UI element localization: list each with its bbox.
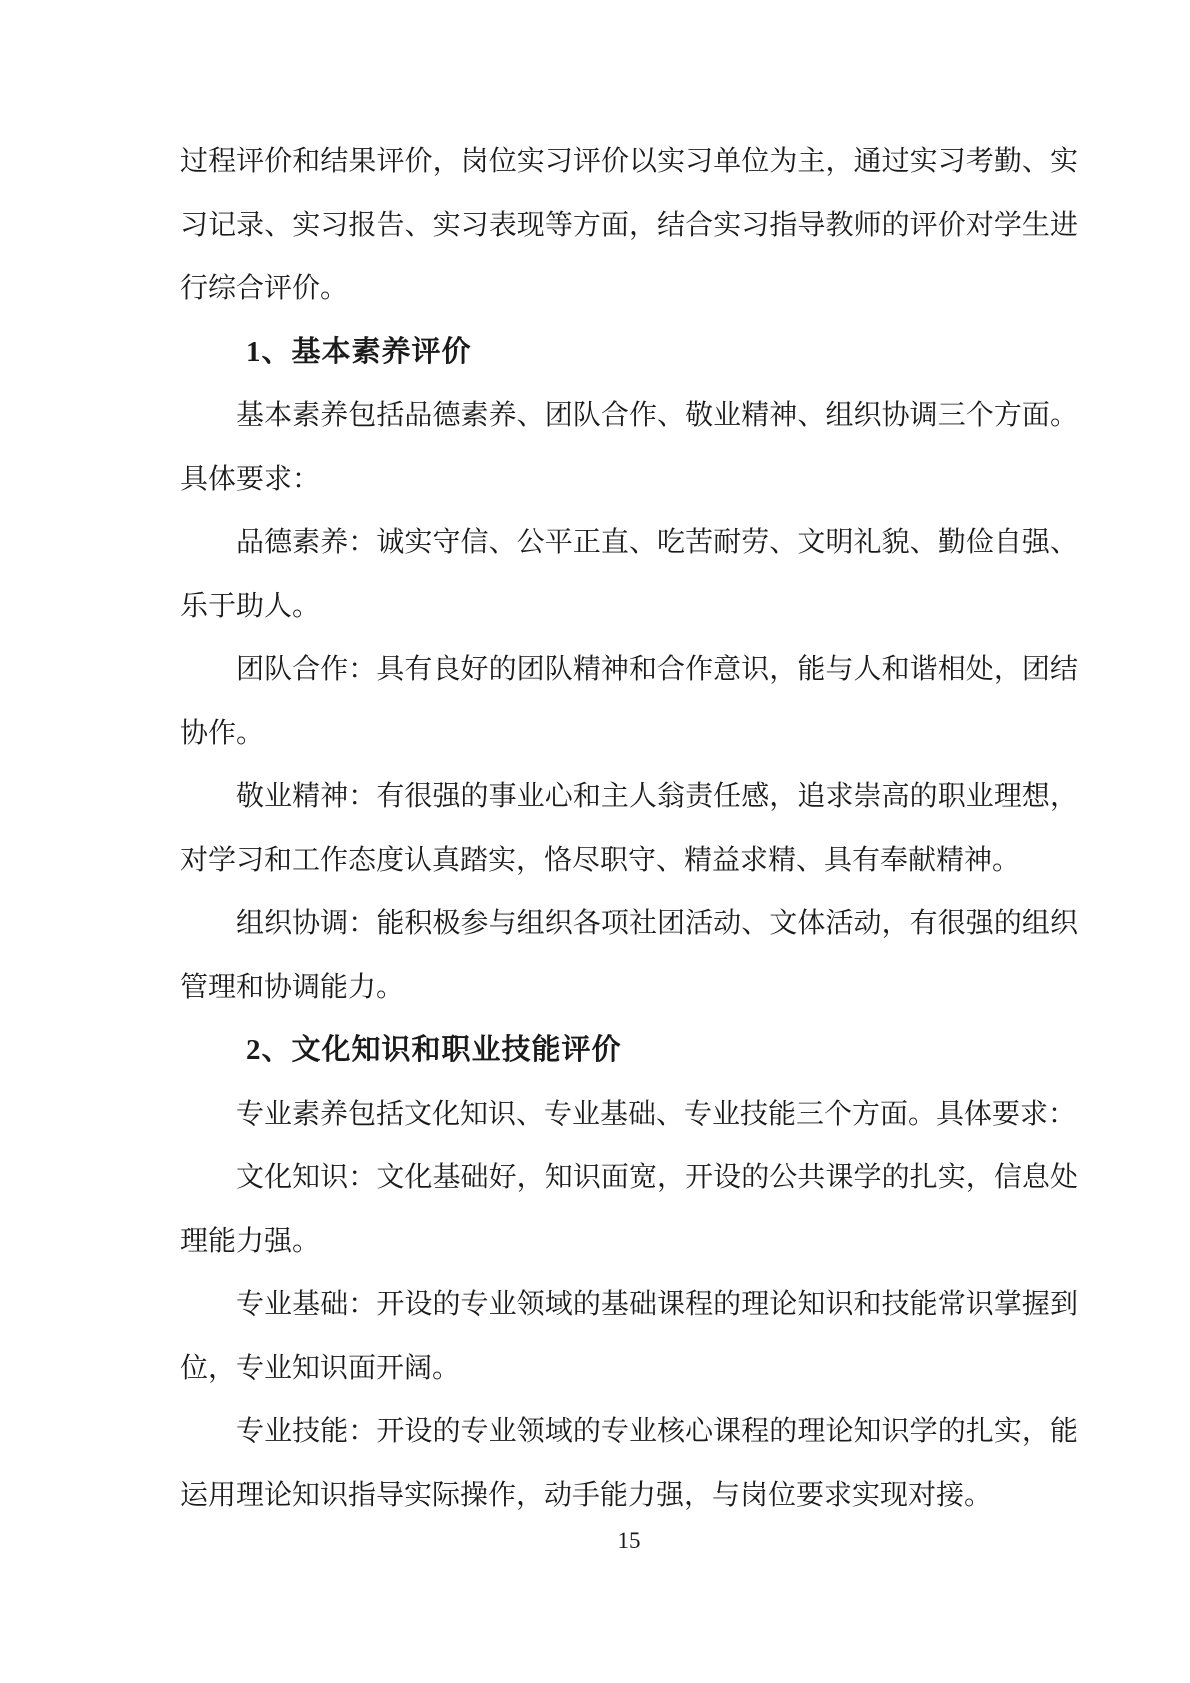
paragraph-professional-skill: 专业技能：开设的专业领域的专业核心课程的理论知识学的扎实，能运用理论知识指导实际…: [180, 1400, 1078, 1527]
heading-knowledge-skill-evaluation: 2、文化知识和职业技能评价: [180, 1019, 1078, 1083]
paragraph-professional-quality-overview: 专业素养包括文化知识、专业基础、专业技能三个方面。具体要求：: [180, 1083, 1078, 1147]
paragraph-organization-coordination: 组织协调：能积极参与组织各项社团活动、文体活动，有很强的组织管理和协调能力。: [180, 892, 1078, 1019]
paragraph-professional-dedication: 敬业精神：有很强的事业心和主人翁责任感，追求崇高的职业理想，对学习和工作态度认真…: [180, 765, 1078, 892]
paragraph-basic-quality-overview: 基本素养包括品德素养、团队合作、敬业精神、组织协调三个方面。具体要求：: [180, 384, 1078, 511]
paragraph-teamwork: 团队合作：具有良好的团队精神和合作意识，能与人和谐相处，团结协作。: [180, 638, 1078, 765]
paragraph-professional-foundation: 专业基础：开设的专业领域的基础课程的理论知识和技能常识掌握到位，专业知识面开阔。: [180, 1273, 1078, 1400]
paragraph-cultural-knowledge: 文化知识：文化基础好，知识面宽，开设的公共课学的扎实，信息处理能力强。: [180, 1146, 1078, 1273]
heading-basic-quality-evaluation: 1、基本素养评价: [180, 321, 1078, 385]
document-body: 过程评价和结果评价，岗位实习评价以实习单位为主，通过实习考勤、实习记录、实习报告…: [180, 130, 1078, 1527]
paragraph-internship-evaluation: 过程评价和结果评价，岗位实习评价以实习单位为主，通过实习考勤、实习记录、实习报告…: [180, 130, 1078, 321]
document-page: 过程评价和结果评价，岗位实习评价以实习单位为主，通过实习考勤、实习记录、实习报告…: [0, 0, 1190, 1683]
paragraph-moral-quality: 品德素养：诚实守信、公平正直、吃苦耐劳、文明礼貌、勤俭自强、乐于助人。: [180, 511, 1078, 638]
page-number: 15: [180, 1526, 1078, 1556]
